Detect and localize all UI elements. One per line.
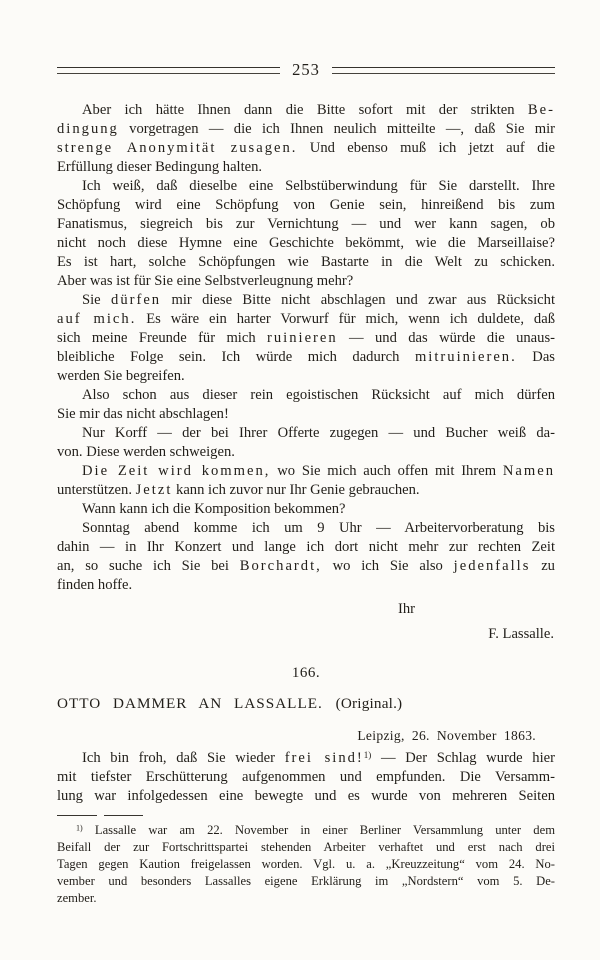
- text-line: Sie mir das nicht abschlagen!: [57, 405, 555, 424]
- header-rule-right: [332, 67, 555, 74]
- text-line: Sonntag abend komme ich um 9 Uhr — Arbei…: [57, 519, 555, 538]
- text-segment: vorgetragen — die ich Ihnen neulich mitt…: [119, 121, 555, 137]
- text-line: Also schon aus dieser rein egoistischen …: [57, 386, 555, 405]
- text-segment: Sie mir das nicht abschlagen!: [57, 406, 229, 422]
- text-line: an, so suche ich Sie bei Borchardt, wo i…: [57, 557, 555, 576]
- text-segment: Tagen gegen Kaution freigelassen worden.…: [57, 857, 555, 871]
- section-number: 166.: [57, 665, 555, 682]
- text-line: Schöpfung wird eine Schöpfung von Genie …: [57, 196, 555, 215]
- text-segment: kann ich zuvor nur Ihr Genie gebrauchen.: [172, 482, 419, 498]
- closing-salutation: Ihr: [57, 600, 555, 619]
- text-segment: Fanatismus, siegreich bis zur Vernichtun…: [57, 216, 555, 232]
- text-segment: sich meine Freunde für mich: [57, 330, 267, 346]
- text-line: Fanatismus, siegreich bis zur Vernichtun…: [57, 215, 555, 234]
- text-line: strenge Anonymität zusagen. Und ebenso m…: [57, 139, 555, 158]
- footnote-ref: 1): [76, 824, 83, 833]
- text-segment: Und ebenso muß ich jetzt auf die: [297, 140, 555, 156]
- text-line: sich meine Freunde für mich ruinieren — …: [57, 329, 555, 348]
- paragraph: Ich bin froh, daß Sie wieder frei sind!1…: [57, 749, 555, 806]
- page-number: 253: [292, 62, 320, 78]
- text-line: dahin — in Ihr Konzert und lange ich dor…: [57, 538, 555, 557]
- text-segment: Sonntag abend komme ich um 9 Uhr — Arbei…: [82, 520, 555, 536]
- text-segment: von. Diese werden schweigen.: [57, 444, 235, 460]
- text-segment: bleibliche Folge sein. Ich würde mich da…: [57, 349, 415, 365]
- text-segment: werden Sie begreifen.: [57, 368, 185, 384]
- text-segment: an, so suche ich Sie bei: [57, 558, 240, 574]
- text-segment: Die Zeit wird kommen,: [82, 463, 270, 479]
- section-heading: OTTO DAMMER AN LASSALLE. (Original.): [57, 695, 555, 713]
- text-segment: Be-: [528, 102, 555, 118]
- header-rule-left: [57, 67, 280, 74]
- text-line: unterstützen. Jetzt kann ich zuvor nur I…: [57, 481, 555, 500]
- text-segment: lung war infolgedessen eine bewegte und …: [57, 788, 555, 804]
- text-segment: finden hoffe.: [57, 577, 132, 593]
- text-segment: Jetzt: [136, 482, 173, 498]
- text-segment: Es ist hart, solche Schöpfungen wie Bast…: [57, 254, 555, 270]
- text-segment: Also schon aus dieser rein egoistischen …: [82, 387, 555, 403]
- footnote-rule-segment: [57, 815, 97, 817]
- paragraph: Also schon aus dieser rein egoistischen …: [57, 386, 555, 424]
- text-segment: dahin — in Ihr Konzert und lange ich dor…: [57, 539, 555, 555]
- text-segment: — Der Schlag wurde hier: [371, 750, 555, 766]
- text-line: Wann kann ich die Komposition bekommen?: [57, 500, 555, 519]
- text-line: mit tiefster Erschütterung aufgenommen u…: [57, 768, 555, 787]
- text-segment: mit tiefster Erschütterung aufgenommen u…: [57, 769, 555, 785]
- text-segment: dürfen: [111, 292, 161, 308]
- closing-signature: F. Lassalle.: [57, 625, 555, 644]
- text-line: dingung vorgetragen — die ich Ihnen neul…: [57, 120, 555, 139]
- text-segment: dingung: [57, 121, 119, 137]
- text-segment: Lassalle war am 22. November in einer Be…: [83, 823, 555, 837]
- text-segment: Erfüllung dieser Bedingung halten.: [57, 159, 262, 175]
- text-segment: unterstützen.: [57, 482, 136, 498]
- footnote-rule: [57, 815, 143, 817]
- text-segment: Aber ich hätte Ihnen dann die Bitte sofo…: [82, 102, 528, 118]
- text-segment: jedenfalls: [454, 558, 531, 574]
- text-segment: Schöpfung wird eine Schöpfung von Genie …: [57, 197, 555, 213]
- text-line: von. Diese werden schweigen.: [57, 443, 555, 462]
- text-line: bleibliche Folge sein. Ich würde mich da…: [57, 348, 555, 367]
- running-head: 253: [57, 62, 555, 78]
- text-line: werden Sie begreifen.: [57, 367, 555, 386]
- letter-lassalle-body: Aber ich hätte Ihnen dann die Bitte sofo…: [57, 101, 555, 595]
- text-line: auf mich. Es wäre ein harter Vorwurf für…: [57, 310, 555, 329]
- text-line: Es ist hart, solche Schöpfungen wie Bast…: [57, 253, 555, 272]
- text-line: Erfüllung dieser Bedingung halten.: [57, 158, 555, 177]
- text-segment: nicht noch diese Hymne eine Geschichte b…: [57, 235, 555, 251]
- text-segment: Aber was ist für Sie eine Selbstverleugn…: [57, 273, 353, 289]
- text-line: lung war infolgedessen eine bewegte und …: [57, 787, 555, 806]
- text-segment: Nur Korff — der bei Ihrer Offerte zugege…: [82, 425, 555, 441]
- paragraph: Sie dürfen mir diese Bitte nicht abschla…: [57, 291, 555, 386]
- text-line: Aber was ist für Sie eine Selbstverleugn…: [57, 272, 555, 291]
- section-source-note: (Original.): [336, 695, 403, 712]
- text-line: Tagen gegen Kaution freigelassen worden.…: [57, 856, 555, 873]
- text-line: Ich bin froh, daß Sie wieder frei sind!1…: [57, 749, 555, 768]
- text-line: nicht noch diese Hymne eine Geschichte b…: [57, 234, 555, 253]
- text-segment: Namen: [503, 463, 555, 479]
- text-segment: zu: [530, 558, 555, 574]
- text-segment: Es wäre ein harter Vorwurf für mich, wen…: [136, 311, 555, 327]
- text-line: Die Zeit wird kommen, wo Sie mich auch o…: [57, 462, 555, 481]
- text-line: Nur Korff — der bei Ihrer Offerte zugege…: [57, 424, 555, 443]
- text-segment: Das: [517, 349, 555, 365]
- text-line: vember und besonders Lassalles eigene Er…: [57, 873, 555, 890]
- text-segment: Ich weiß, daß dieselbe eine Selbstüberwi…: [82, 178, 555, 194]
- letter-closing: Ihr F. Lassalle.: [57, 600, 555, 644]
- paragraph: Ich weiß, daß dieselbe eine Selbstüberwi…: [57, 177, 555, 291]
- text-line: Beifall der zur Fortschrittspartei stehe…: [57, 839, 555, 856]
- paragraph: Die Zeit wird kommen, wo Sie mich auch o…: [57, 462, 555, 500]
- letter-dammer-body: Ich bin froh, daß Sie wieder frei sind!1…: [57, 749, 555, 806]
- text-line: Aber ich hätte Ihnen dann die Bitte sofo…: [57, 101, 555, 120]
- text-segment: mir diese Bitte nicht abschlagen und zwa…: [161, 292, 555, 308]
- text-line: finden hoffe.: [57, 576, 555, 595]
- book-page: 253 Aber ich hätte Ihnen dann die Bitte …: [0, 0, 600, 960]
- text-segment: mitruinieren.: [415, 349, 517, 365]
- text-segment: auf mich.: [57, 311, 136, 327]
- text-segment: — und das würde die unaus-: [338, 330, 555, 346]
- paragraph: Nur Korff — der bei Ihrer Offerte zugege…: [57, 424, 555, 462]
- text-segment: wo Sie mich auch offen mit Ihrem: [270, 463, 502, 479]
- text-segment: Wann kann ich die Komposition bekommen?: [82, 501, 346, 517]
- text-segment: frei sind!: [285, 750, 364, 766]
- paragraph: 1) Lassalle war am 22. November in einer…: [57, 822, 555, 907]
- text-line: Ich weiß, daß dieselbe eine Selbstüberwi…: [57, 177, 555, 196]
- paragraph: Aber ich hätte Ihnen dann die Bitte sofo…: [57, 101, 555, 177]
- footnote-text: 1) Lassalle war am 22. November in einer…: [57, 822, 555, 907]
- text-segment: ruinieren: [267, 330, 338, 346]
- text-line: Sie dürfen mir diese Bitte nicht abschla…: [57, 291, 555, 310]
- text-segment: Sie: [82, 292, 111, 308]
- section-title: OTTO DAMMER AN LASSALLE.: [57, 695, 323, 712]
- paragraph: Sonntag abend komme ich um 9 Uhr — Arbei…: [57, 519, 555, 595]
- letter-dateline: Leipzig, 26. November 1863.: [57, 728, 555, 744]
- text-segment: zember.: [57, 891, 97, 905]
- text-segment: vember und besonders Lassalles eigene Er…: [57, 874, 555, 888]
- footnote-rule-segment: [104, 815, 144, 817]
- text-segment: Ich bin froh, daß Sie wieder: [82, 750, 285, 766]
- text-line: zember.: [57, 890, 555, 907]
- text-segment: strenge Anonymität zusagen.: [57, 140, 297, 156]
- text-segment: Beifall der zur Fortschrittspartei stehe…: [57, 840, 555, 854]
- text-line: 1) Lassalle war am 22. November in einer…: [57, 822, 555, 839]
- text-segment: wo ich Sie also: [322, 558, 454, 574]
- paragraph: Wann kann ich die Komposition bekommen?: [57, 500, 555, 519]
- text-segment: Borchardt,: [240, 558, 322, 574]
